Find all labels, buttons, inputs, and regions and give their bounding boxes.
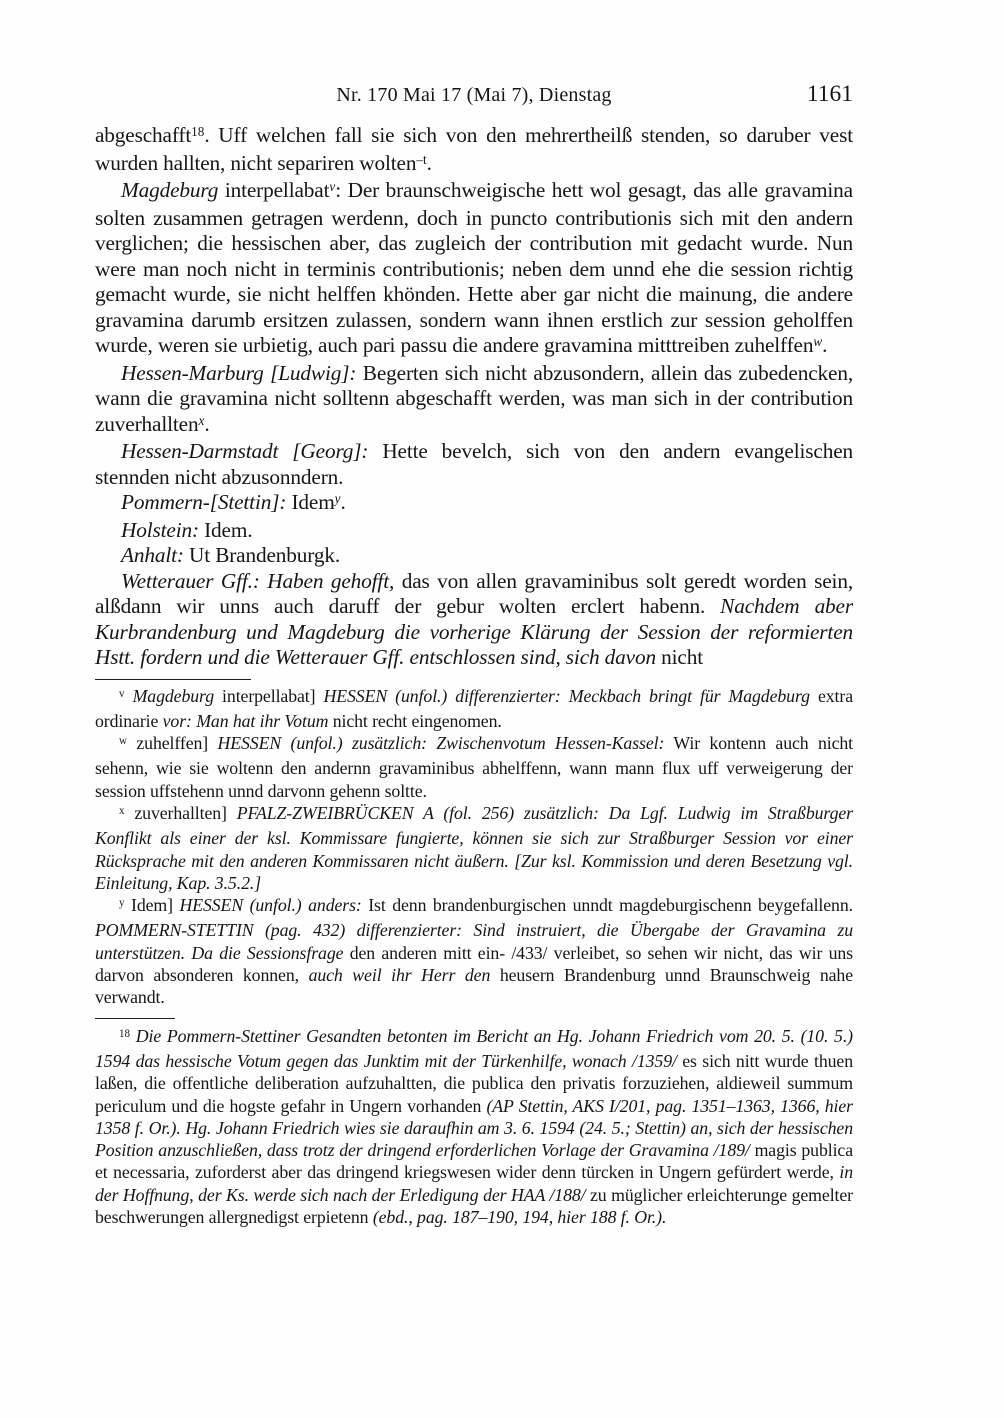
text-segment: nicht (656, 645, 703, 669)
text-segment: Hessen-Marburg [Ludwig]: (121, 361, 356, 385)
text-segment: w (119, 735, 127, 747)
paragraph-anhalt: Anhalt: Ut Brandenburgk. (95, 543, 853, 569)
text-segment: zuhelffen] (127, 733, 218, 753)
text-segment: (ebd., pag. 187–190, 194, hier 188 f. Or… (373, 1207, 667, 1227)
text-segment: abgeschafft (95, 123, 191, 147)
paragraph-magdeburg: Magdeburg interpellabatv: Der braunschwe… (95, 178, 853, 361)
text-segment: Hessen-Darmstadt [Georg]: (121, 439, 368, 463)
text-segment: –t (416, 152, 426, 167)
paragraph-hessen-darmstadt: Hessen-Darmstadt [Georg]: Hette bevelch,… (95, 439, 853, 490)
text-segment: y (335, 491, 341, 506)
footnote-separator-rule (95, 1018, 175, 1019)
text-segment: nicht recht eingenomen. (328, 711, 501, 731)
text-segment: Ut Brandenburgk. (184, 543, 340, 567)
text-segment: auch weil ihr Herr den (309, 965, 491, 985)
apparatus-note-v: v Magdeburg interpellabat] HESSEN (unfol… (95, 685, 853, 733)
text-segment: zuverhallten] (125, 803, 237, 823)
text-segment: Magdeburg (121, 178, 218, 202)
apparatus-note-y: y Idem] HESSEN (unfol.) anders: Ist denn… (95, 894, 853, 1008)
page-number: 1161 (807, 81, 853, 108)
book-page: Nr. 170 Mai 17 (Mai 7), Dienstag 1161 ab… (0, 0, 1004, 1418)
text-segment: Idem (286, 490, 334, 514)
text-segment: x (198, 413, 204, 428)
text-segment: . Uff welchen fall sie sich von den mehr… (95, 123, 853, 175)
text-segment: Magdeburg (133, 686, 214, 706)
critical-apparatus: v Magdeburg interpellabat] HESSEN (unfol… (95, 685, 853, 1009)
text-block: Nr. 170 Mai 17 (Mai 7), Dienstag 1161 ab… (95, 84, 853, 1228)
text-segment: interpellabat] (214, 686, 324, 706)
text-segment: HESSEN (unfol.) zusätzlich: Zwischenvotu… (218, 733, 665, 753)
text-segment: . (427, 151, 432, 175)
footnote-18: 18 Die Pommern-Stettiner Gesandten beton… (95, 1025, 853, 1229)
text-segment: . (341, 490, 346, 514)
text-segment: 18 (191, 124, 204, 139)
text-segment: . (822, 333, 827, 357)
paragraph-holstein: Holstein: Idem. (95, 518, 853, 544)
running-header: Nr. 170 Mai 17 (Mai 7), Dienstag 1161 (95, 84, 853, 110)
text-segment: Pommern-[Stettin]: (121, 490, 286, 514)
apparatus-note-w: w zuhelffen] HESSEN (unfol.) zusätzlich:… (95, 732, 853, 802)
text-segment: Idem. (199, 518, 253, 542)
text-segment: interpellabat (218, 178, 329, 202)
text-segment (125, 686, 133, 706)
paragraph-wetterauer: Wetterauer Gff.: Haben gehofft, das von … (95, 569, 853, 671)
text-segment: v (329, 179, 335, 194)
header-title: Nr. 170 Mai 17 (Mai 7), Dienstag (336, 84, 611, 106)
text-segment: x (119, 805, 125, 817)
text-segment: : Der braunschweigische hett wol gesagt,… (95, 178, 853, 357)
apparatus-note-x: x zuverhallten] PFALZ-ZWEIBRÜCKEN A (fol… (95, 802, 853, 894)
text-segment: Ist denn brandenburgischen unndt magdebu… (362, 895, 853, 915)
footnotes: 18 Die Pommern-Stettiner Gesandten beton… (95, 1025, 853, 1229)
main-text: abgeschafft18. Uff welchen fall sie sich… (95, 123, 853, 671)
text-segment: Anhalt: (121, 543, 184, 567)
text-segment: HESSEN (unfol.) differenzierter: Meckbac… (324, 686, 810, 706)
paragraph-continuation: abgeschafft18. Uff welchen fall sie sich… (95, 123, 853, 178)
paragraph-pommern-stettin: Pommern-[Stettin]: Idemy. (95, 490, 853, 518)
text-segment: Wetterauer Gff.: Haben gehofft, (121, 569, 394, 593)
text-segment: Holstein: (121, 518, 199, 542)
apparatus-separator-rule (95, 679, 251, 680)
text-segment: 18 (119, 1028, 130, 1040)
text-segment: w (813, 334, 822, 349)
paragraph-hessen-marburg: Hessen-Marburg [Ludwig]: Begerten sich n… (95, 361, 853, 440)
text-segment: y (119, 897, 125, 909)
text-segment: v (119, 688, 125, 700)
text-segment: vor: Man hat ihr Votum (163, 711, 329, 731)
text-segment: Idem] (125, 895, 180, 915)
text-segment: . (204, 412, 209, 436)
text-segment: HESSEN (unfol.) anders: (179, 895, 361, 915)
